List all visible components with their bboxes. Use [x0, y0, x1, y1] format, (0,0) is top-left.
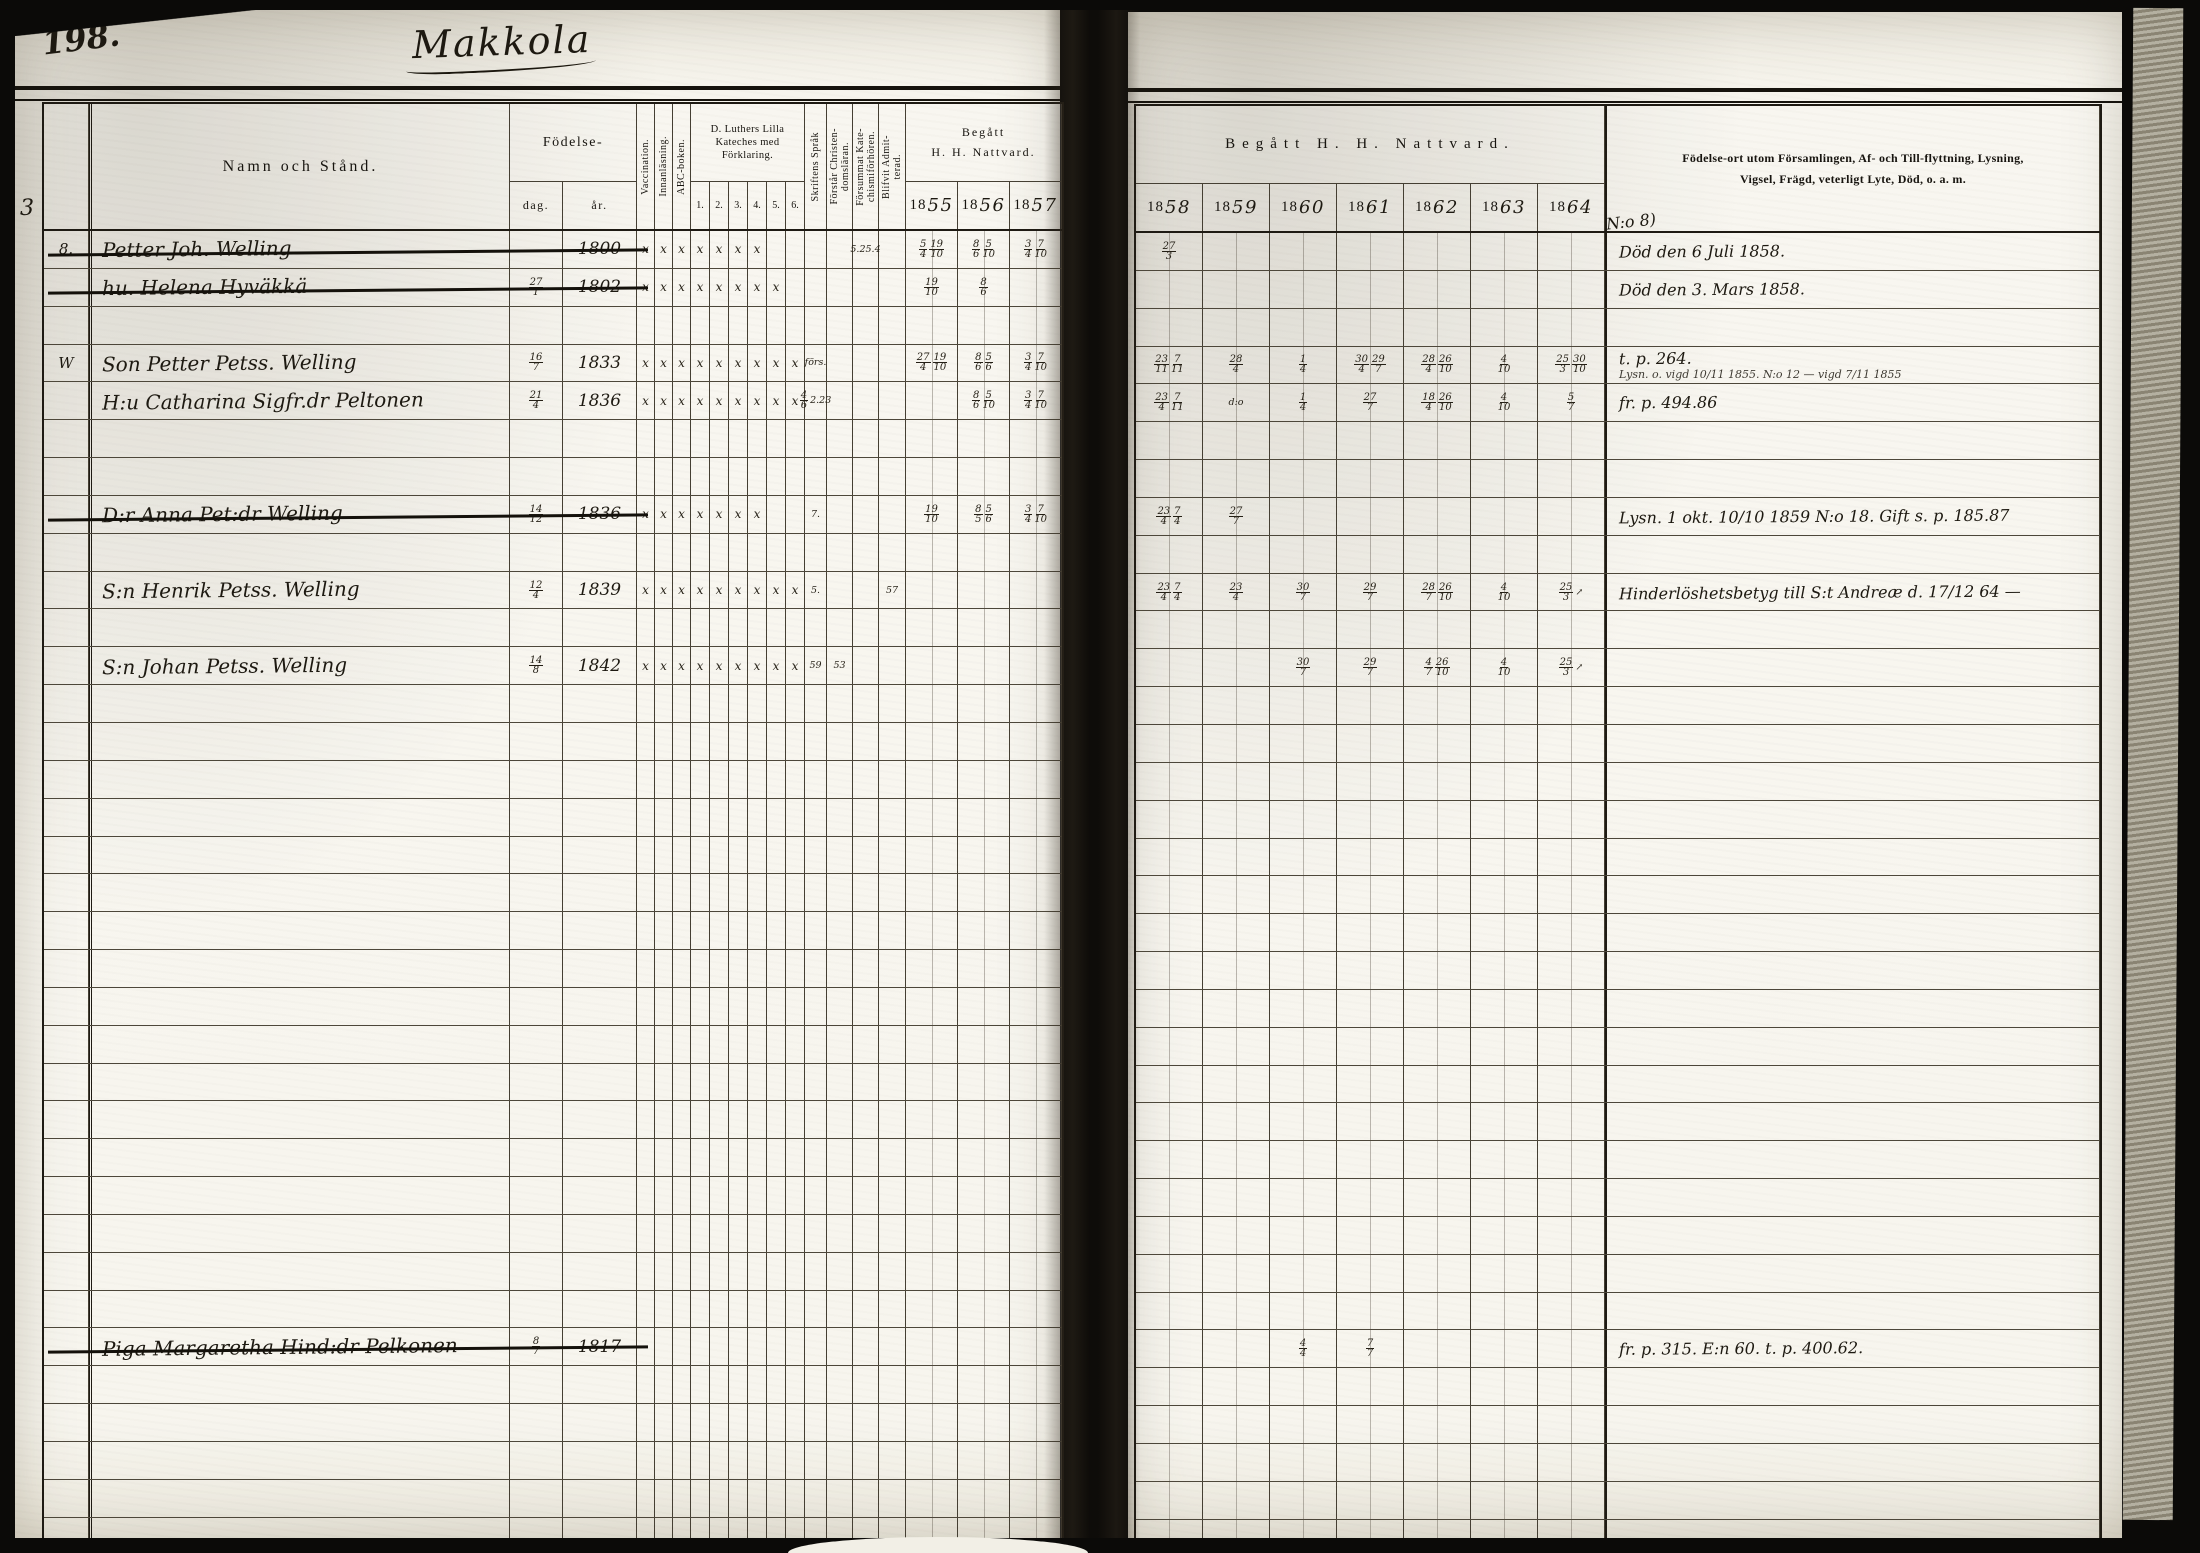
missed-mark-cell: 5.25.4 [853, 231, 879, 268]
script-mark-cell [805, 1291, 827, 1328]
table-row [44, 1139, 1062, 1177]
missed-mark-cell [853, 837, 879, 874]
table-row [44, 534, 1062, 572]
catechism-mark [786, 988, 805, 1025]
communion-cell-1860 [1270, 725, 1337, 762]
communion-cell-1857 [1010, 1291, 1062, 1328]
communion-cell-1857: 34710 [1010, 345, 1062, 382]
date-fraction: 2610 [1438, 583, 1453, 602]
catechism-mark [729, 912, 748, 949]
margin-column-header [44, 104, 89, 229]
margin-mark [44, 1064, 89, 1101]
communion-cell-1860 [1270, 801, 1337, 838]
table-row [1136, 687, 2100, 725]
notes-cell: Död den 6 Juli 1858. [1605, 233, 2100, 270]
reading-mark: x [673, 345, 691, 382]
communion-cell-1858 [1136, 1141, 1203, 1178]
notes-cell [1605, 1406, 2100, 1443]
name-cell: Son Petter Petss. Welling [89, 345, 510, 382]
catechism-mark [710, 988, 729, 1025]
notes-cell [1605, 952, 2100, 989]
table-row [1136, 725, 2100, 763]
communion-cell-1862 [1404, 1141, 1471, 1178]
communion-cell-1856 [958, 307, 1010, 344]
catechism-mark [710, 1442, 729, 1479]
catechism-mark [691, 988, 710, 1025]
catechism-mark [729, 1101, 748, 1138]
understands-mark-cell [827, 950, 853, 987]
year-header-1861: 1861 [1337, 184, 1404, 231]
admitted-mark-cell [879, 1328, 906, 1365]
birth-day-cell [510, 609, 563, 646]
date-fraction: 34 [1024, 505, 1032, 524]
catechism-mark [786, 874, 805, 911]
notes-cell [1605, 611, 2100, 648]
understands-mark-cell [827, 761, 853, 798]
catechism-mark [767, 1253, 786, 1290]
birth-year: 1833 [578, 353, 621, 373]
year-header-1863: 1863 [1471, 184, 1538, 231]
reading-mark [655, 1291, 673, 1328]
birth-day-cell [510, 1064, 563, 1101]
catechism-mark [691, 1026, 710, 1063]
catechism-mark [729, 420, 748, 457]
catechism-col-4: 4. [748, 182, 767, 229]
table-row [44, 685, 1062, 723]
communion-cell-1861 [1337, 498, 1404, 535]
reading-mark [673, 723, 691, 760]
catechism-mark [710, 950, 729, 987]
understands-doctrine-header: Förstår Christen-domsläran. [827, 104, 853, 229]
notes-cell [1605, 460, 2100, 497]
vaccination-mark: x [637, 345, 655, 382]
date-fraction: 86 [972, 391, 980, 410]
communion-cell-1862 [1404, 536, 1471, 573]
date-fraction: 307 [1296, 658, 1311, 677]
communion-cell-1862: 2842610 [1404, 347, 1471, 384]
communion-cell-1857 [1010, 647, 1062, 684]
catechism-mark [710, 1328, 729, 1365]
date-fraction: 277 [1363, 393, 1378, 412]
reading-mark [655, 420, 673, 457]
communion-cell-1859 [1203, 801, 1270, 838]
reading-mark: x [673, 647, 691, 684]
communion-cell-1857 [1010, 912, 1062, 949]
admitted-mark-cell [879, 231, 906, 268]
table-row [1136, 839, 2100, 877]
reading-mark [673, 1139, 691, 1176]
missed-mark-cell [853, 988, 879, 1025]
date-fraction: 253 [1559, 658, 1574, 677]
communion-cell-1855 [906, 1215, 958, 1252]
missed-mark-cell [853, 1139, 879, 1176]
script-mark-cell [805, 1480, 827, 1517]
communion-cell-1860 [1270, 1293, 1337, 1330]
year-header-1858: 1858 [1136, 184, 1203, 231]
table-row [44, 1366, 1062, 1404]
notes-cell [1605, 1217, 2100, 1254]
communion-cell-1859: 284 [1203, 347, 1270, 384]
communion-cell-1864 [1538, 1141, 1605, 1178]
note-text: fr. p. 494.86 [1619, 393, 1718, 413]
reading-label: Innanläsning. [658, 136, 669, 197]
name-cell: S:n Henrik Petss. Welling [89, 572, 510, 609]
communion-cell-1864 [1538, 233, 1605, 270]
communion-cell-1859 [1203, 1406, 1270, 1443]
communion-cell-1857 [1010, 269, 1062, 306]
catechism-col-3: 3. [729, 182, 748, 229]
name-cell [89, 988, 510, 1025]
year-header-1864: 1864 [1538, 184, 1605, 231]
communion-cell-1855 [906, 1480, 958, 1517]
catechism-mark [748, 1253, 767, 1290]
script-mark-cell [805, 231, 827, 268]
admitted-mark-cell [879, 269, 906, 306]
communion-cell-1855 [906, 1442, 958, 1479]
name-cell [89, 1480, 510, 1517]
understands-mark-cell [827, 1328, 853, 1365]
communion-cell-1859 [1203, 876, 1270, 913]
catechism-mark [786, 1177, 805, 1214]
table-row: WSon Petter Petss. Welling1671833xxxxxxx… [44, 345, 1062, 383]
missed-mark-cell [853, 458, 879, 495]
date-fraction: 2311 [1154, 355, 1169, 374]
communion-cell-1857 [1010, 1215, 1062, 1252]
margin-mark [44, 307, 89, 344]
margin-mark [44, 950, 89, 987]
table-row [44, 912, 1062, 950]
communion-cell-1857 [1010, 458, 1062, 495]
notes-cell [1605, 1028, 2100, 1065]
script-mark-cell [805, 1177, 827, 1214]
birth-year-cell [563, 723, 637, 760]
communion-cell-1858: 234711 [1136, 384, 1203, 421]
year-header-1855: 1855 [906, 182, 958, 229]
communion-cell-1862 [1404, 1028, 1471, 1065]
communion-cell-1855 [906, 1253, 958, 1290]
date-fraction: 234 [1156, 583, 1171, 602]
birth-year: 1836 [578, 391, 621, 411]
communion-cell-1855 [906, 609, 958, 646]
year-handwritten-digits: 59 [1232, 197, 1258, 218]
communion-cell-1855 [906, 572, 958, 609]
communion-cell-1855 [906, 685, 958, 722]
table-row: 234742343072972872610410253↗Hinderlöshet… [1136, 574, 2100, 612]
communion-cell-1864 [1538, 990, 1605, 1027]
communion-cell-1858 [1136, 1179, 1203, 1216]
communion-cell-1864 [1538, 763, 1605, 800]
communion-cell-1855 [906, 1026, 958, 1063]
vaccination-mark [637, 1139, 655, 1176]
communion-cell-1862 [1404, 460, 1471, 497]
catechism-mark [748, 874, 767, 911]
year-handwritten-digits: 62 [1433, 197, 1459, 218]
date-fraction: 510 [982, 391, 995, 410]
reading-mark [673, 609, 691, 646]
communion-cell-1857 [1010, 799, 1062, 836]
catechism-mark: x [748, 382, 767, 419]
communion-cell-1862: 1842610 [1404, 384, 1471, 421]
date-fraction: 510 [982, 240, 995, 259]
note-text: fr. p. 315. E:n 60. t. p. 400.62. [1619, 1339, 1863, 1360]
birth-year-cell [563, 912, 637, 949]
catechism-col-5: 5. [767, 182, 786, 229]
script-mark-cell [805, 1404, 827, 1441]
catechism-mark [691, 1101, 710, 1138]
communion-cell-1860: 14 [1270, 384, 1337, 421]
reading-mark [655, 685, 673, 722]
catechism-mark: x [691, 269, 710, 306]
communion-cell-1859: 234 [1203, 574, 1270, 611]
catechism-mark [748, 761, 767, 798]
date-fraction: 44 [1299, 1339, 1307, 1358]
table-row [1136, 1028, 2100, 1066]
birth-year-cell [563, 420, 637, 457]
missed-mark-cell [853, 1291, 879, 1328]
date-fraction: 253 [1555, 355, 1570, 374]
table-row [44, 1177, 1062, 1215]
date-fraction: 234 [1156, 507, 1171, 526]
table-row [1136, 990, 2100, 1028]
communion-cell-1857 [1010, 761, 1062, 798]
double-rule [14, 86, 1060, 101]
mark-text: ↗ [1575, 587, 1583, 598]
communion-cell-1863 [1471, 801, 1538, 838]
catechism-mark [729, 1253, 748, 1290]
communion-cell-1861 [1337, 763, 1404, 800]
catechism-mark: x [691, 231, 710, 268]
admitted-mark-cell [879, 1215, 906, 1252]
catechism-mark [691, 458, 710, 495]
notes-cell [1605, 801, 2100, 838]
communion-cell-1864 [1538, 1255, 1605, 1292]
missed-mark-cell [853, 1404, 879, 1441]
communion-cell-1857 [1010, 1442, 1062, 1479]
birth-day-cell [510, 1291, 563, 1328]
reading-mark [673, 1328, 691, 1365]
communion-cell-1862 [1404, 233, 1471, 270]
admitted-mark-cell [879, 761, 906, 798]
birth-day-cell [510, 420, 563, 457]
margin-mark [44, 874, 89, 911]
catechism-mark: x [748, 231, 767, 268]
communion-cell-1856 [958, 1366, 1010, 1403]
catechism-mark [748, 950, 767, 987]
communion-cell-1863 [1471, 536, 1538, 573]
script-mark-cell [805, 874, 827, 911]
communion-cell-1857 [1010, 1026, 1062, 1063]
communion-cell-1863 [1471, 1330, 1538, 1367]
catechism-mark [786, 837, 805, 874]
reading-mark [655, 1328, 673, 1365]
communion-cell-1860 [1270, 687, 1337, 724]
catechism-mark [786, 950, 805, 987]
missed-catechism-header: Försummat Kate-chismiförhören. [853, 104, 879, 229]
right-table-body: 273Död den 6 Juli 1858.Död den 3. Mars 1… [1136, 233, 2100, 1553]
communion-cell-1864 [1538, 1103, 1605, 1140]
catechism-mark [786, 1291, 805, 1328]
communion-cell-1856 [958, 988, 1010, 1025]
table-row: 273Död den 6 Juli 1858. [1136, 233, 2100, 271]
script-mark-cell [805, 950, 827, 987]
table-row [44, 458, 1062, 496]
birth-year-cell: 1842 [563, 647, 637, 684]
birth-day-cell [510, 534, 563, 571]
margin-mark [44, 1215, 89, 1252]
catechism-mark: x [767, 647, 786, 684]
admitted-mark-cell [879, 382, 906, 419]
communion-cell-1857 [1010, 1366, 1062, 1403]
communion-cell-1859 [1203, 1028, 1270, 1065]
script-mark-cell [805, 1328, 827, 1365]
catechism-mark [710, 1404, 729, 1441]
catechism-mark [691, 1253, 710, 1290]
communion-cell-1863 [1471, 952, 1538, 989]
catechism-mark [748, 685, 767, 722]
reading-mark [655, 799, 673, 836]
right-table: Begått H. H. Nattvard. Födelse-ort utom … [1134, 104, 2102, 1553]
script-mark-cell [805, 269, 827, 306]
birth-day-cell [510, 685, 563, 722]
catechism-mark [729, 1366, 748, 1403]
birth-year-cell [563, 1139, 637, 1176]
script-mark-cell [805, 1101, 827, 1138]
catechism-mark [786, 496, 805, 533]
date-fraction: 2610 [1435, 658, 1450, 677]
catechism-mark [729, 837, 748, 874]
date-fraction: 86 [979, 278, 987, 297]
catechism-mark [767, 231, 786, 268]
vaccination-mark [637, 1026, 655, 1063]
catechism-header: D. Luthers Lilla Kateches med Förklaring… [691, 104, 805, 182]
communion-cell-1863 [1471, 1255, 1538, 1292]
date-fraction: 1910 [933, 353, 948, 372]
communion-cell-1858 [1136, 536, 1203, 573]
name-cell [89, 458, 510, 495]
catechism-mark [786, 420, 805, 457]
notes-cell [1605, 1141, 2100, 1178]
understands-mark-cell [827, 269, 853, 306]
communion-cell-1856 [958, 912, 1010, 949]
catechism-mark [748, 458, 767, 495]
catechism-mark [729, 1026, 748, 1063]
communion-cell-1855 [906, 420, 958, 457]
margin-mark [44, 496, 89, 533]
communion-cell-1860 [1270, 1028, 1337, 1065]
understands-mark-cell [827, 382, 853, 419]
catechism-mark: x [748, 269, 767, 306]
communion-cell-1860 [1270, 498, 1337, 535]
catechism-mark [748, 1101, 767, 1138]
catechism-mark [691, 761, 710, 798]
person-name: Son Petter Petss. Welling [102, 350, 357, 377]
communion-cell-1863 [1471, 1368, 1538, 1405]
communion-cell-1863 [1471, 498, 1538, 535]
communion-cell-1859 [1203, 536, 1270, 573]
reading-mark: x [655, 572, 673, 609]
notes-cell [1605, 839, 2100, 876]
script-mark-cell [805, 420, 827, 457]
communion-cell-1864 [1538, 801, 1605, 838]
communion-cell-1862 [1404, 611, 1471, 648]
reading-header: Innanläsning. [655, 104, 673, 229]
catechism-mark [786, 1064, 805, 1101]
reading-mark [655, 912, 673, 949]
reading-mark: x [655, 647, 673, 684]
date-fraction: 410 [1498, 393, 1511, 412]
vaccination-mark [637, 874, 655, 911]
notes-cell [1605, 1066, 2100, 1103]
name-column-header: Namn och Stånd. [89, 104, 510, 229]
understands-mark-cell [827, 912, 853, 949]
birth-year-header: år. [563, 182, 637, 229]
communion-cell-1856 [958, 837, 1010, 874]
vaccination-mark [637, 1442, 655, 1479]
admitted-mark-cell [879, 1404, 906, 1441]
margin-mark [44, 1328, 89, 1365]
left-table: Namn och Stånd. Födelse- dag. år. Vaccin… [42, 102, 1064, 1553]
catechism-mark [729, 685, 748, 722]
catechism-col-1: 1. [691, 182, 710, 229]
communion-cell-1858 [1136, 839, 1203, 876]
vaccination-mark [637, 723, 655, 760]
left-table-body: 8.Petter Joh. Welling1800xxxxxxx5.25.454… [44, 231, 1062, 1553]
mark-text: förs. [805, 357, 827, 368]
table-row: 4477fr. p. 315. E:n 60. t. p. 400.62. [1136, 1330, 2100, 1368]
birth-year-cell [563, 837, 637, 874]
catechism-mark [767, 950, 786, 987]
birth-year-cell [563, 988, 637, 1025]
catechism-mark [786, 1026, 805, 1063]
year-printed-prefix: 18 [1281, 199, 1298, 216]
date-fraction: 54 [919, 240, 927, 259]
communion-cell-1857 [1010, 1101, 1062, 1138]
script-mark-cell [805, 1026, 827, 1063]
communion-cell-1855 [906, 950, 958, 987]
catechism-mark [748, 420, 767, 457]
understands-mark-cell [827, 420, 853, 457]
communion-cell-1864 [1538, 271, 1605, 308]
missed-mark-cell [853, 1026, 879, 1063]
communion-cell-1855: 1910 [906, 269, 958, 306]
communion-cell-1855: 1910 [906, 496, 958, 533]
understands-mark-cell [827, 1139, 853, 1176]
note-text: Död den 6 Juli 1858. [1619, 241, 1785, 261]
name-cell [89, 950, 510, 987]
catechism-mark [691, 1366, 710, 1403]
vaccination-mark [637, 761, 655, 798]
understands-line-1: Förstår Christen- [829, 128, 840, 205]
reading-mark [673, 912, 691, 949]
communion-cell-1855 [906, 761, 958, 798]
margin-mark: 8. [44, 231, 89, 268]
date-fraction: 77 [1366, 1339, 1374, 1358]
admitted-mark-cell [879, 1253, 906, 1290]
communion-cell-1863 [1471, 1066, 1538, 1103]
communion-cell-1855 [906, 1291, 958, 1328]
birth-year-cell [563, 761, 637, 798]
table-row: 23474277Lysn. 1 okt. 10/10 1859 N:o 18. … [1136, 498, 2100, 536]
name-cell [89, 1139, 510, 1176]
communion-cell-1855 [906, 837, 958, 874]
table-row: S:n Henrik Petss. Welling1241839xxxxxxxx… [44, 572, 1062, 610]
reading-mark: x [673, 496, 691, 533]
communion-cell-1859 [1203, 611, 1270, 648]
date-fraction: 297 [1371, 355, 1386, 374]
communion-cell-1863 [1471, 611, 1538, 648]
table-row [44, 761, 1062, 799]
catechism-mark [691, 534, 710, 571]
